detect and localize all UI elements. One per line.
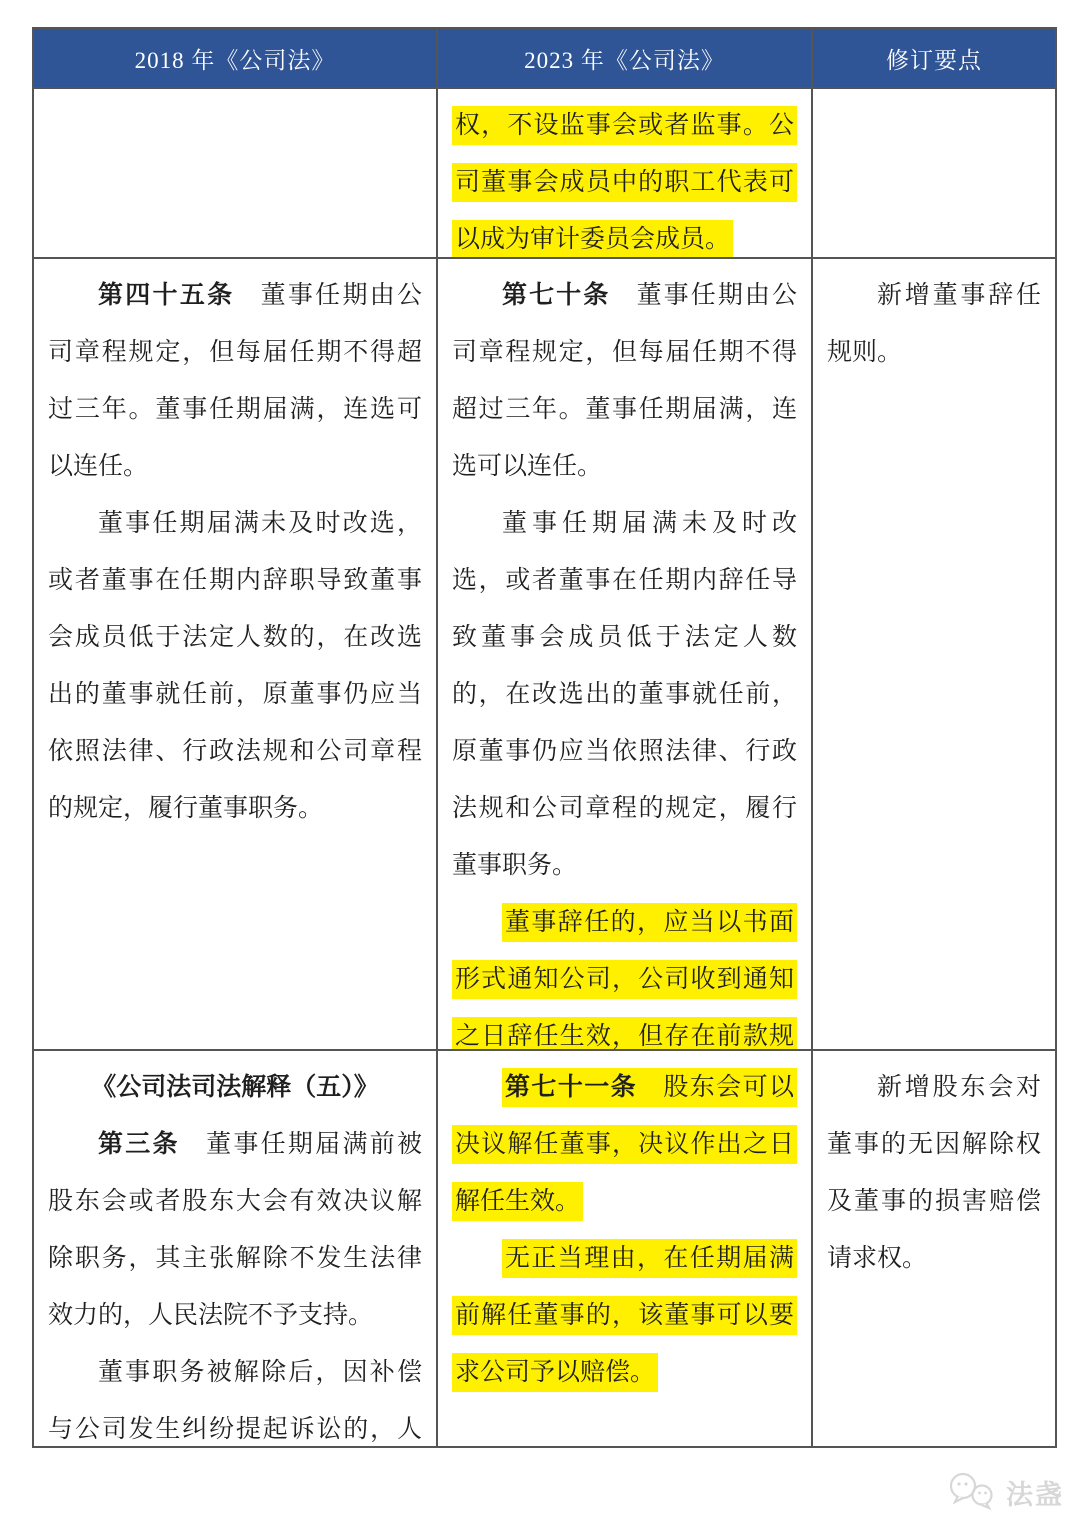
- article-45-70-row: 第四十五条董事任期由公司章程规定，但每届任期不得超过三年。董事任期届满，连选可以…: [33, 258, 1056, 1050]
- highlight-audit-committee: 权，不设监事会或者监事。公司董事会成员中的职工代表可以成为审计委员会成员。: [452, 106, 797, 257]
- paragraph-point-removal: 新增股东会对董事的无因解除权及董事的损害赔偿请求权。: [827, 1059, 1041, 1287]
- page: 2018 年《公司法》 2023 年《公司法》 修订要点 权，不设监事会或者监事…: [0, 0, 1080, 1527]
- cell-2023-continuation: 权，不设监事会或者监事。公司董事会成员中的职工代表可以成为审计委员会成员。: [437, 88, 812, 258]
- paragraph-article-70-para3: 董事辞任的，应当以书面形式通知公司，公司收到通知之日辞任生效，但存在前款规定情形…: [452, 894, 797, 1049]
- paragraph-article-71-para2: 无正当理由，在任期届满前解任董事的，该董事可以要求公司予以赔偿。: [452, 1230, 797, 1401]
- header-2018-law: 2018 年《公司法》: [33, 28, 437, 88]
- continuation-row: 权，不设监事会或者监事。公司董事会成员中的职工代表可以成为审计委员会成员。: [33, 88, 1056, 258]
- cell-points-continuation-empty: [812, 88, 1056, 258]
- paragraph-article-3-lead: 第三条董事任期届满前被股东会或者股东大会有效决议解除职务，其主张解除不发生法律效…: [48, 1116, 422, 1344]
- interpretation-article-71-row: 《公司法司法解释（五）》 第三条董事任期届满前被股东会或者股东大会有效决议解除职…: [33, 1050, 1056, 1447]
- cell-2023-article-70: 第七十条董事任期由公司章程规定，但每届任期不得超过三年。董事任期届满，连选可以连…: [437, 258, 812, 1050]
- article-70-lead-text: 董事任期由公司章程规定，但每届任期不得超过三年。董事任期届满，连选可以连任。: [452, 282, 797, 480]
- watermark: 法盏: [946, 1471, 1064, 1513]
- article-3-lead-text: 董事任期届满前被股东会或者股东大会有效决议解除职务，其主张解除不发生法律效力的，…: [48, 1131, 422, 1329]
- header-2023-law: 2023 年《公司法》: [437, 28, 812, 88]
- cell-2023-article-71: 第七十一条股东会可以决议解任董事，决议作出之日解任生效。 无正当理由，在任期届满…: [437, 1050, 812, 1447]
- highlight-resignation-rule: 董事辞任的，应当以书面形式通知公司，公司收到通知之日辞任生效，但存在前款规定情形…: [452, 903, 797, 1049]
- highlight-article-71-lead: 第七十一条股东会可以决议解任董事，决议作出之日解任生效。: [452, 1068, 797, 1221]
- paragraph-point-resignation: 新增董事辞任规则。: [827, 267, 1041, 381]
- paragraph-article-71-lead: 第七十一条股东会可以决议解任董事，决议作出之日解任生效。: [452, 1059, 797, 1230]
- article-71-number: 第七十一条: [505, 1074, 637, 1101]
- paragraph-article-70-lead: 第七十条董事任期由公司章程规定，但每届任期不得超过三年。董事任期届满，连选可以连…: [452, 267, 797, 495]
- paragraph-article-45-lead: 第四十五条董事任期由公司章程规定，但每届任期不得超过三年。董事任期届满，连选可以…: [48, 267, 422, 495]
- paragraph-article-70-para2: 董事任期届满未及时改选，或者董事在任期内辞任导致董事会成员低于法定人数的，在改选…: [452, 495, 797, 894]
- paragraph-interpretation-title: 《公司法司法解释（五）》: [48, 1059, 422, 1116]
- article-45-number: 第四十五条: [98, 282, 234, 309]
- cell-points-removal-right: 新增股东会对董事的无因解除权及董事的损害赔偿请求权。: [812, 1050, 1056, 1447]
- cell-points-resignation-rule: 新增董事辞任规则。: [812, 258, 1056, 1050]
- table-header-row: 2018 年《公司法》 2023 年《公司法》 修订要点: [33, 28, 1056, 88]
- cell-2018-judicial-interpretation: 《公司法司法解释（五）》 第三条董事任期届满前被股东会或者股东大会有效决议解除职…: [33, 1050, 437, 1447]
- highlight-article-71-compensation: 无正当理由，在任期届满前解任董事的，该董事可以要求公司予以赔偿。: [452, 1239, 797, 1392]
- paragraph-article-45-para2: 董事任期届满未及时改选，或者董事在任期内辞职导致董事会成员低于法定人数的，在改选…: [48, 495, 422, 837]
- chat-bubbles-icon: [946, 1471, 1000, 1513]
- article-45-lead-text: 董事任期由公司章程规定，但每届任期不得超过三年。董事任期届满，连选可以连任。: [48, 282, 422, 480]
- paragraph-audit-committee: 权，不设监事会或者监事。公司董事会成员中的职工代表可以成为审计委员会成员。: [452, 97, 797, 257]
- header-revision-points: 修订要点: [812, 28, 1056, 88]
- company-law-comparison-table: 2018 年《公司法》 2023 年《公司法》 修订要点 权，不设监事会或者监事…: [32, 27, 1057, 1448]
- cell-2018-continuation-empty: [33, 88, 437, 258]
- article-3-number: 第三条: [98, 1131, 180, 1158]
- paragraph-article-3-para2: 董事职务被解除后，因补偿与公司发生纠纷提起诉讼的，人民法: [48, 1344, 422, 1446]
- watermark-brand-text: 法盏: [1006, 1473, 1064, 1512]
- cell-2018-article-45: 第四十五条董事任期由公司章程规定，但每届任期不得超过三年。董事任期届满，连选可以…: [33, 258, 437, 1050]
- article-70-number: 第七十条: [502, 282, 610, 309]
